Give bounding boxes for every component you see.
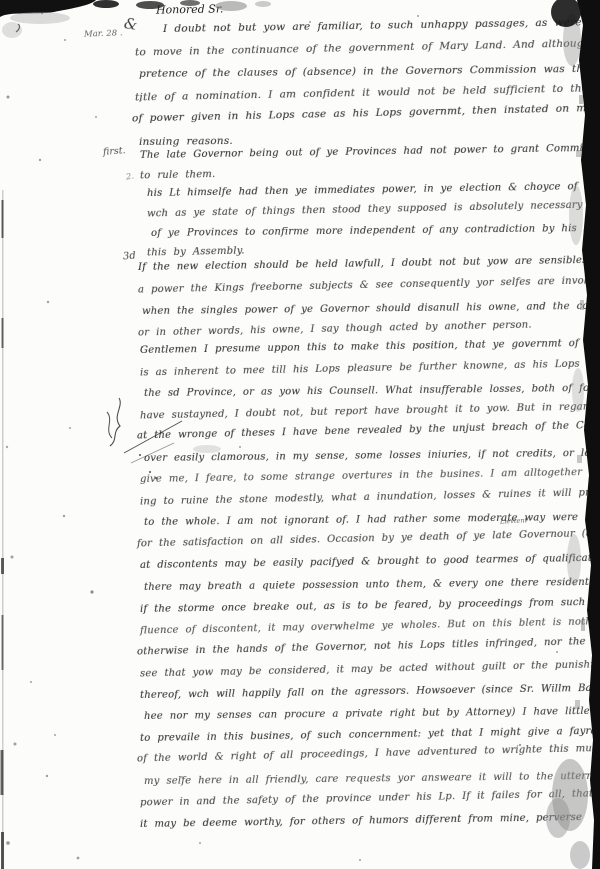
opening-paragraph: I doubt not but yow are familiar, to suc… [135,18,600,154]
letter-salutation: Honored Sr. [156,2,224,16]
margin-label-third: 3d [123,250,137,262]
manuscript-page: Honored Sr. Mar. 28 . & I doubt not but … [0,0,600,869]
interline-insertion: Lievtent [500,516,528,525]
left-scan-edge [1,96,17,869]
reason-3-paragraph: If the new election should be held lawfu… [138,257,600,344]
closing-paragraph: Gentlemen I presume uppon this to make t… [140,340,600,836]
margin-label-second: 2. [125,171,134,182]
margin-date-note: Mar. 28 . [84,28,123,39]
margin-label-first: first. [103,145,126,158]
